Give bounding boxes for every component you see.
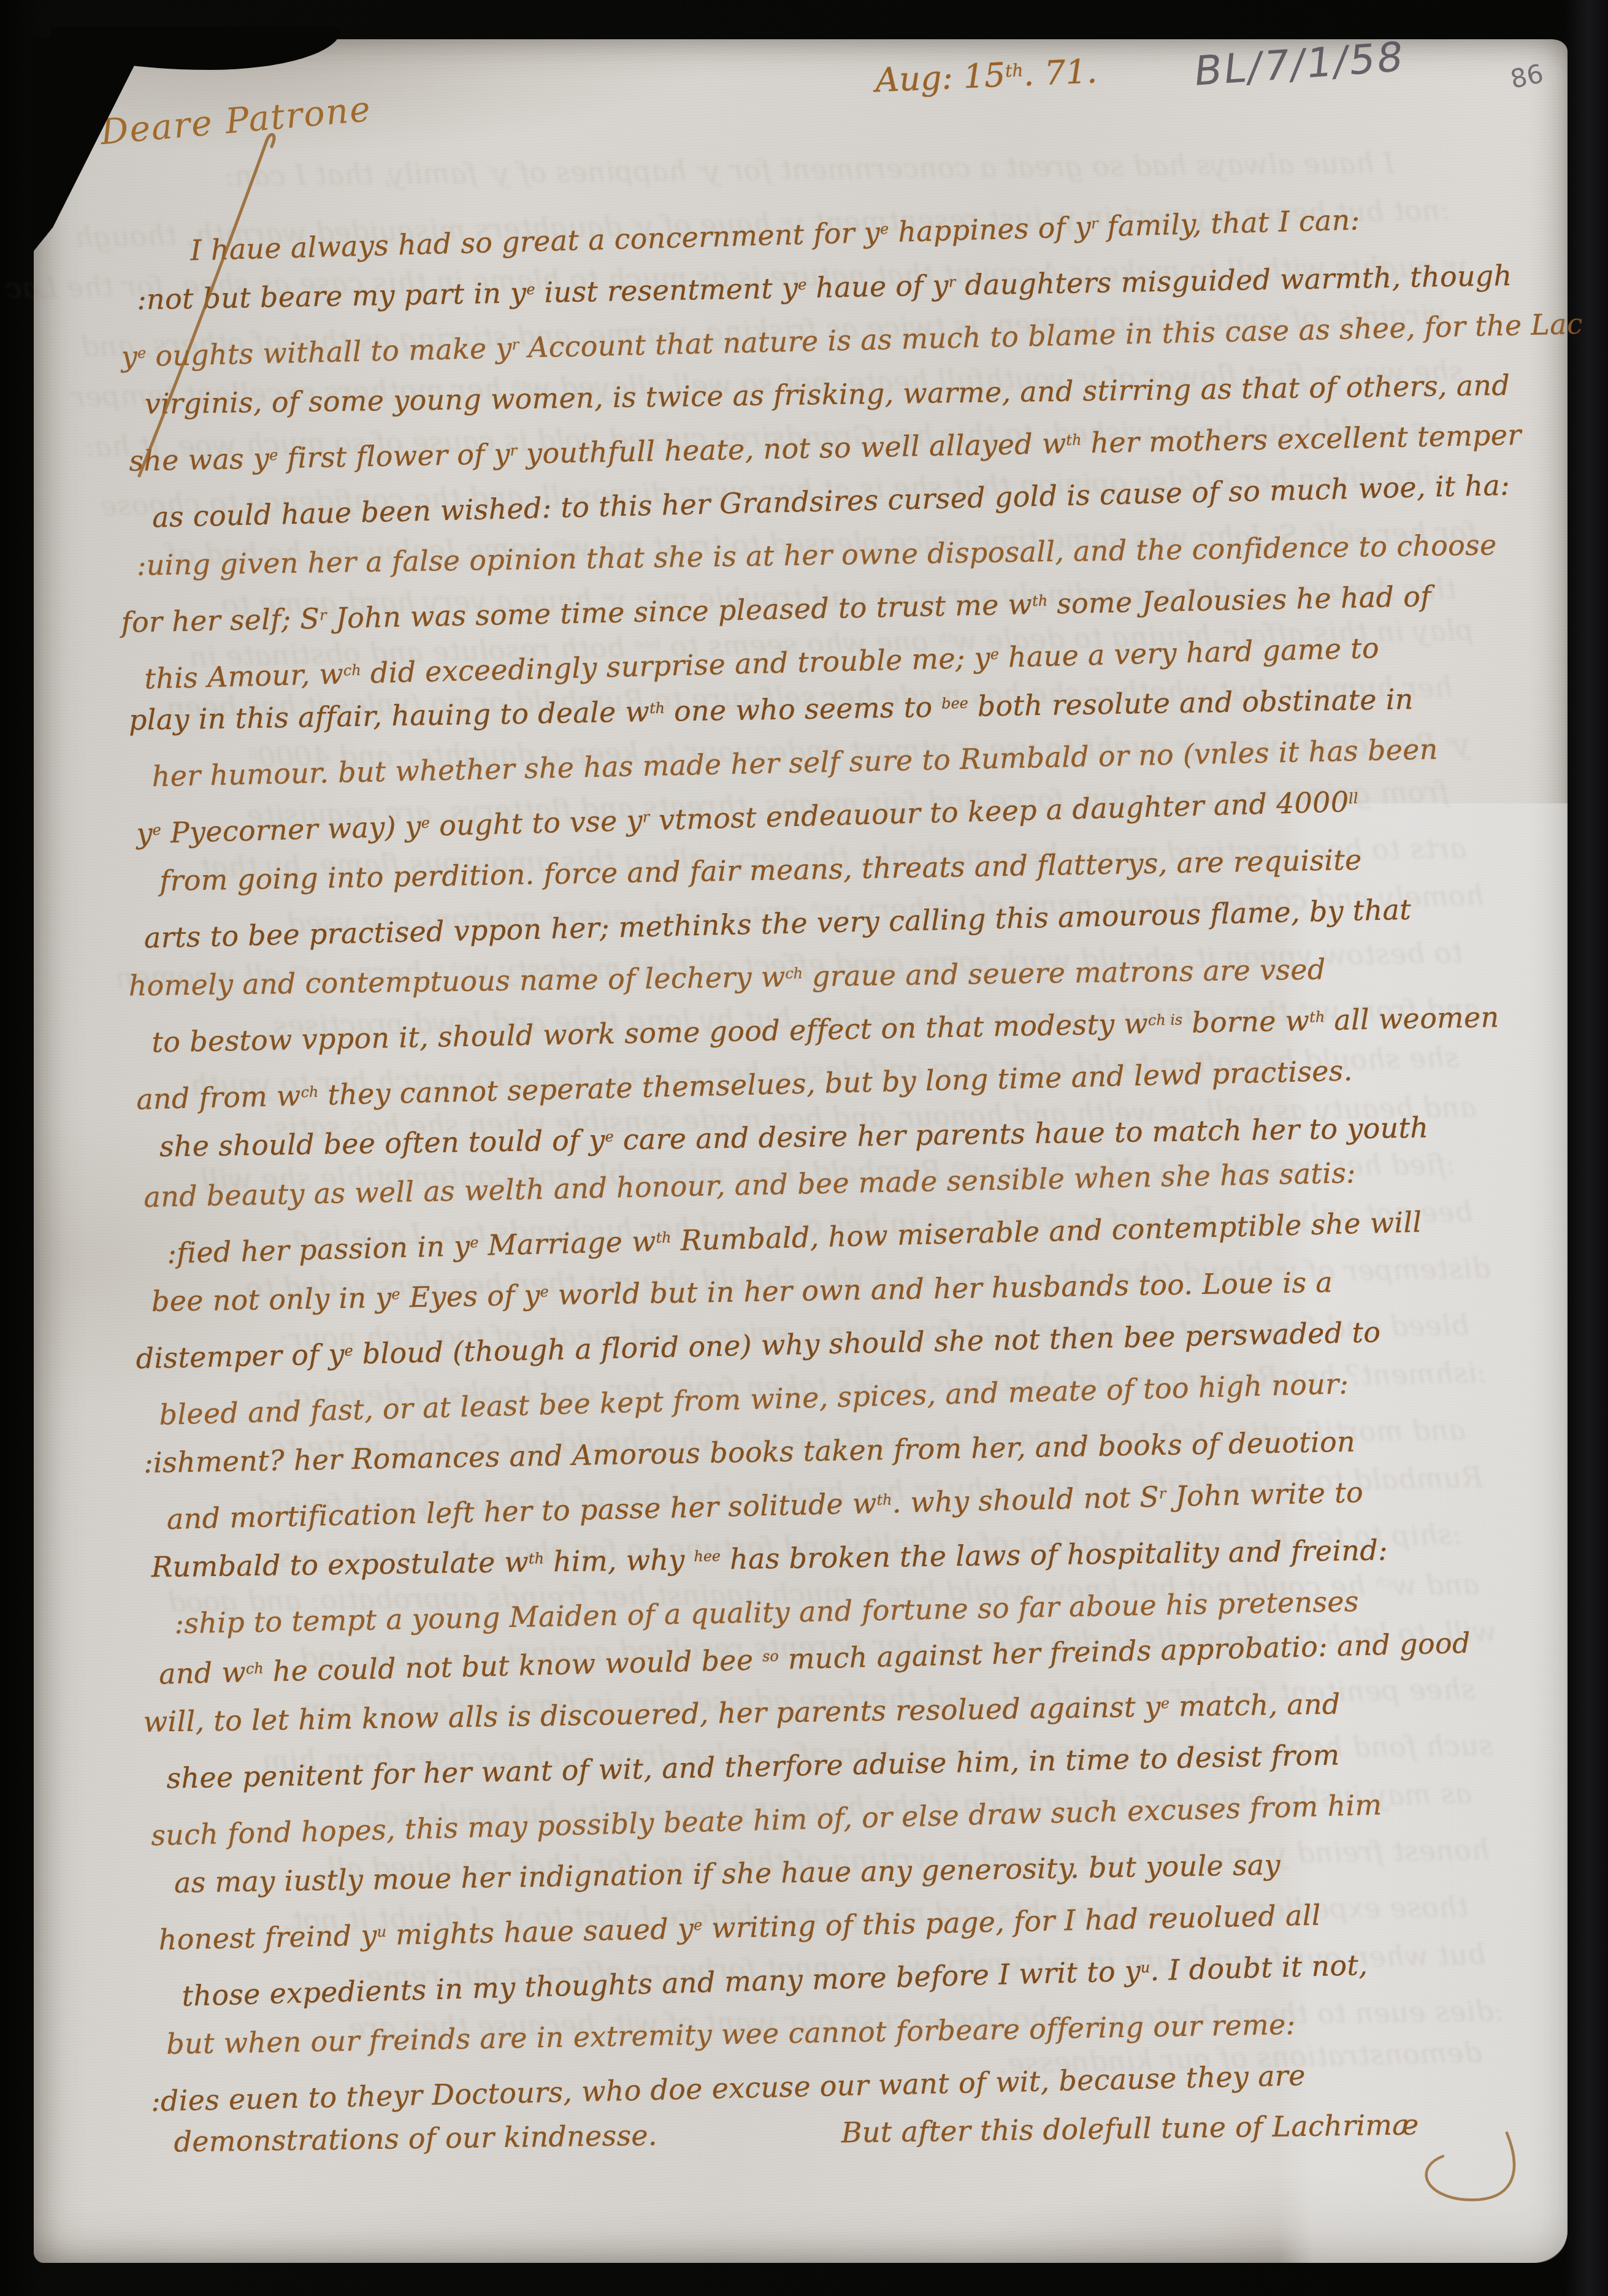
date-heading: Aug: 15th. 71. [875, 52, 1098, 99]
shelfmark-pencil: BL/7/1/58 [1192, 33, 1407, 96]
salutation: Deare Patrone [99, 89, 373, 153]
letter-body: I haue always had so great a concernment… [34, 205, 1606, 2187]
photograph-backdrop: I haue always had so great a concernment… [0, 0, 1608, 2296]
letter-page: I haue always had so great a concernment… [34, 39, 1568, 2263]
folio-number: 86 [1507, 58, 1545, 94]
